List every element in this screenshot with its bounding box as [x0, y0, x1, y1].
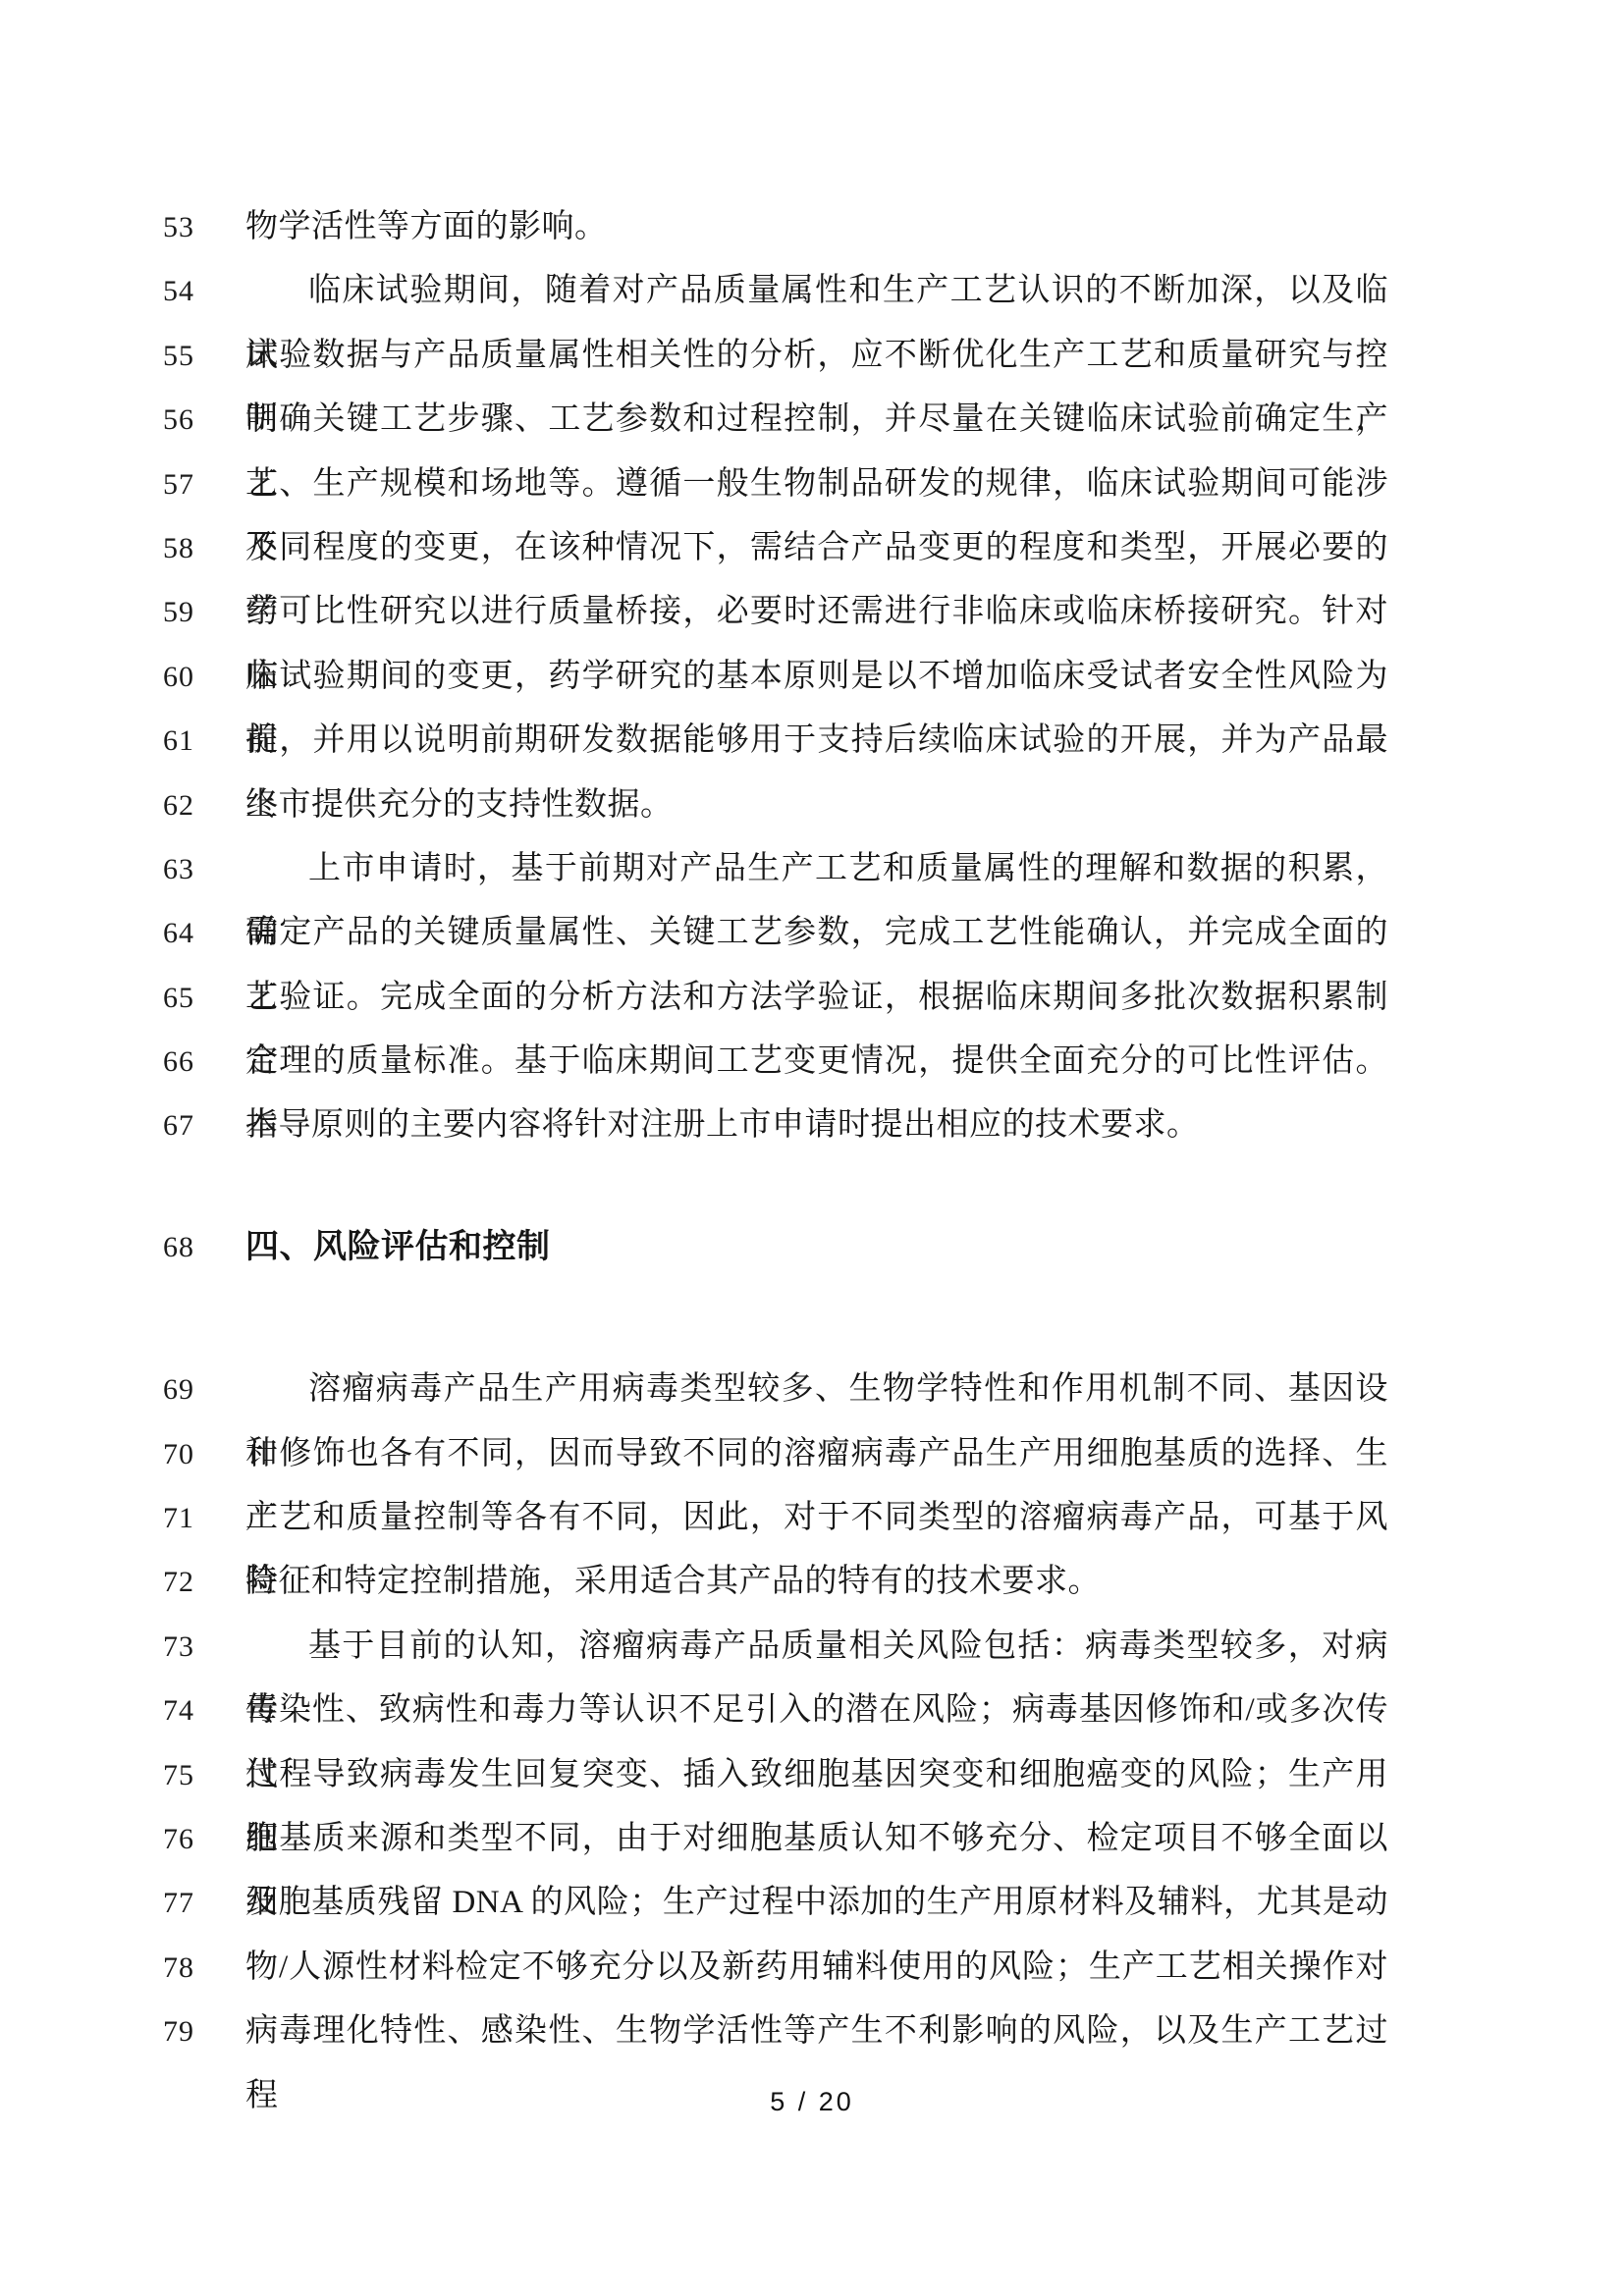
line-number: 62: [163, 774, 222, 837]
line-number: 75: [163, 1743, 222, 1807]
line-row: 67 指导原则的主要内容将针对注册上市申请时提出相应的技术要求。: [0, 1094, 1624, 1157]
line-number: 76: [163, 1807, 222, 1871]
line-number: 59: [163, 580, 222, 644]
line-number: 53: [163, 195, 222, 259]
line-number: 65: [163, 966, 222, 1030]
line-number: 63: [163, 837, 222, 901]
line-row: 76 胞基质来源和类型不同，由于对细胞基质认知不够充分、检定项目不够全面以及: [0, 1807, 1624, 1871]
line-row: 57 艺、生产规模和场地等。遵循一般生物制品研发的规律，临床试验期间可能涉及: [0, 453, 1624, 516]
line-row: 63 上市申请时，基于前期对产品生产工艺和质量属性的理解和数据的积累，需: [0, 837, 1624, 901]
line-row: 71 工艺和质量控制等各有不同，因此，对于不同类型的溶瘤病毒产品，可基于风险: [0, 1486, 1624, 1550]
line-number: 71: [163, 1486, 222, 1550]
line-number: 79: [163, 2000, 222, 2063]
line-number: 57: [163, 453, 222, 516]
line-row: 53 物学活性等方面的影响。: [0, 195, 1624, 259]
page-number: 5 / 20: [0, 2087, 1624, 2117]
document-page: 53 物学活性等方面的影响。 54 临床试验期间，随着对产品质量属性和生产工艺认…: [0, 0, 1624, 2296]
line-text: 上市提供充分的支持性数据。: [245, 774, 1388, 837]
line-number: 68: [163, 1215, 222, 1279]
line-row: 62 上市提供充分的支持性数据。: [0, 774, 1624, 837]
line-row: 64 确定产品的关键质量属性、关键工艺参数，完成工艺性能确认，并完成全面的工: [0, 901, 1624, 965]
line-number: 58: [163, 516, 222, 580]
line-row: 59 学可比性研究以进行质量桥接，必要时还需进行非临床或临床桥接研究。针对临: [0, 580, 1624, 644]
line-number: 61: [163, 709, 222, 773]
line-number: 78: [163, 1936, 222, 2000]
line-row: 60 床试验期间的变更，药学研究的基本原则是以不增加临床受试者安全性风险为前: [0, 645, 1624, 709]
line-row: 66 合理的质量标准。基于临床期间工艺变更情况，提供全面充分的可比性评估。本: [0, 1030, 1624, 1094]
line-text: 细胞基质残留 DNA 的风险；生产过程中添加的生产用原材料及辅料，尤其是动: [245, 1871, 1388, 1935]
line-text: 物学活性等方面的影响。: [245, 195, 1388, 259]
line-number: 64: [163, 901, 222, 965]
line-number: 70: [163, 1422, 222, 1486]
line-row: 54 临床试验期间，随着对产品质量属性和生产工艺认识的不断加深，以及临床: [0, 259, 1624, 323]
line-row: 78 物/人源性材料检定不够充分以及新药用辅料使用的风险；生产工艺相关操作对: [0, 1936, 1624, 2000]
line-number: 56: [163, 388, 222, 452]
line-row: 74 传染性、致病性和毒力等认识不足引入的潜在风险；病毒基因修饰和/或多次传代: [0, 1679, 1624, 1742]
line-number: 55: [163, 324, 222, 388]
line-row: 77 细胞基质残留 DNA 的风险；生产过程中添加的生产用原材料及辅料，尤其是动: [0, 1871, 1624, 1935]
line-number: 67: [163, 1094, 222, 1157]
line-number: 74: [163, 1679, 222, 1742]
line-row: 61 提，并用以说明前期研发数据能够用于支持后续临床试验的开展，并为产品最终: [0, 709, 1624, 773]
line-number: 54: [163, 259, 222, 323]
line-number: 73: [163, 1615, 222, 1679]
line-text: 四、风险评估和控制: [245, 1215, 1388, 1279]
line-row: 58 不同程度的变更，在该种情况下，需结合产品变更的程度和类型，开展必要的药: [0, 516, 1624, 580]
line-row: 79 病毒理化特性、感染性、生物学活性等产生不利影响的风险，以及生产工艺过程: [0, 2000, 1624, 2063]
line-row: 75 过程导致病毒发生回复突变、插入致细胞基因突变和细胞癌变的风险；生产用细: [0, 1743, 1624, 1807]
line-number: 72: [163, 1550, 222, 1614]
line-text: 特征和特定控制措施，采用适合其产品的特有的技术要求。: [245, 1550, 1388, 1614]
line-number: 69: [163, 1358, 222, 1421]
line-number: 77: [163, 1871, 222, 1935]
line-row: 73 基于目前的认知，溶瘤病毒产品质量相关风险包括：病毒类型较多，对病毒: [0, 1615, 1624, 1679]
document-body: 53 物学活性等方面的影响。 54 临床试验期间，随着对产品质量属性和生产工艺认…: [0, 195, 1624, 2064]
line-row: 70 和修饰也各有不同，因而导致不同的溶瘤病毒产品生产用细胞基质的选择、生产: [0, 1422, 1624, 1486]
line-number: 66: [163, 1030, 222, 1094]
line-row: 65 艺验证。完成全面的分析方法和方法学验证，根据临床期间多批次数据积累制定: [0, 966, 1624, 1030]
line-row: 55 试验数据与产品质量属性相关性的分析，应不断优化生产工艺和质量研究与控制，: [0, 324, 1624, 388]
section-heading-row: 68 四、风险评估和控制: [0, 1215, 1624, 1279]
line-row: 69 溶瘤病毒产品生产用病毒类型较多、生物学特性和作用机制不同、基因设计: [0, 1358, 1624, 1421]
line-row: 72 特征和特定控制措施，采用适合其产品的特有的技术要求。: [0, 1550, 1624, 1614]
line-text: 指导原则的主要内容将针对注册上市申请时提出相应的技术要求。: [245, 1094, 1388, 1157]
line-text: 物/人源性材料检定不够充分以及新药用辅料使用的风险；生产工艺相关操作对: [245, 1936, 1388, 2000]
line-row: 56 明确关键工艺步骤、工艺参数和过程控制，并尽量在关键临床试验前确定生产工: [0, 388, 1624, 452]
line-number: 60: [163, 645, 222, 709]
